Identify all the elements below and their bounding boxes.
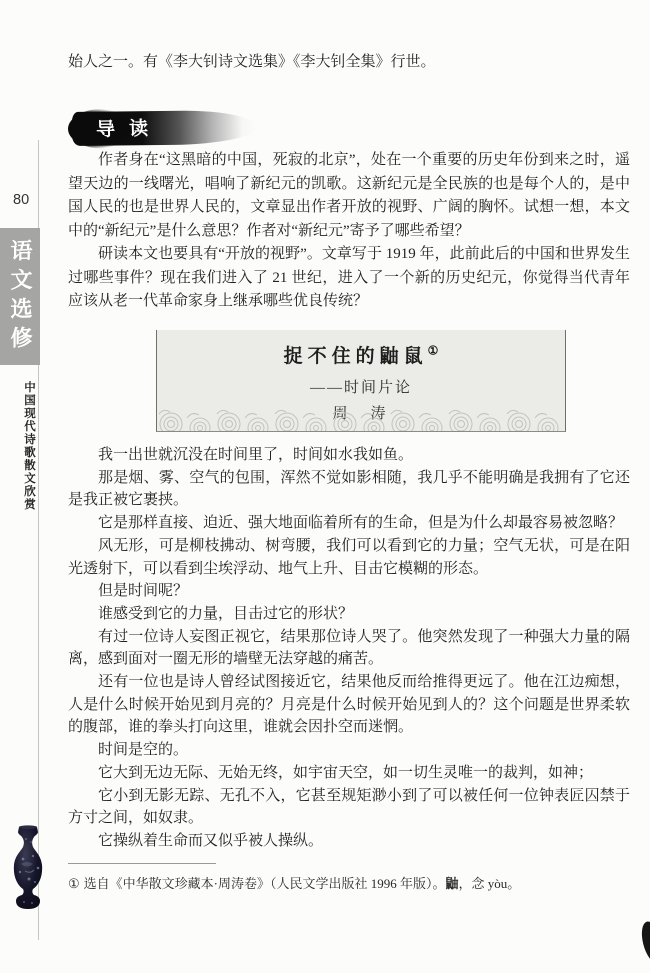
- article-paragraph: 有过一位诗人妄图正视它，结果那位诗人哭了。他突然发现了一种强大力量的隔离，感到面…: [68, 626, 630, 671]
- article-paragraph: 那是烟、雾、空气的包围，浑然不觉如影相随，我几乎不能明确是我拥有了它还是我正被它…: [68, 467, 630, 512]
- footnote-separator: [68, 863, 216, 864]
- series-title-vertical: 语文选修: [5, 238, 36, 355]
- article-paragraph: 我一出世就沉没在时间里了，时间如水我如鱼。: [68, 444, 630, 467]
- article-paragraph: 谁感受到它的力量，目击过它的形状？: [68, 603, 630, 626]
- guide-text-block: 作者身在“这黑暗的中国，死寂的北京”，处在一个重要的历史年份到来之时，遥望天边的…: [68, 149, 630, 314]
- article-paragraph: 它小到无影无踪、无孔不入，它甚至规矩渺小到了可以被任何一位钟表匠囚禁于方寸之间，…: [68, 785, 630, 830]
- article-paragraph: 但是时间呢？: [68, 580, 630, 603]
- article-paragraph: 它大到无边无际、无始无终，如宇宙天空，如一切生灵唯一的裁判，如神；: [68, 762, 630, 785]
- footnote-reference-mark: ①: [428, 344, 439, 358]
- wave-pattern-icon: [157, 404, 565, 431]
- article-paragraph: 时间是空的。: [68, 739, 630, 762]
- article-paragraph: 还有一位也是诗人曾经试图接近它，结果他反而给推得更远了。他在江边痴想，人是什么时…: [68, 671, 630, 739]
- cloud-wave-border-decoration: [157, 404, 565, 431]
- article-paragraph: 风无形，可是柳枝拂动、树弯腰，我们可以看到它的力量；空气无状，可是在阳光透射下，…: [68, 535, 630, 580]
- sidebar-divider-top: [38, 140, 39, 228]
- footnote: ①选自《中华散文珍藏本·周涛卷》（人民文学出版社 1996 年版）。鼬，念 yò…: [68, 874, 630, 894]
- footnote-text-after: ，念 yòu。: [459, 876, 521, 891]
- vase-icon: [5, 824, 51, 916]
- guide-paragraph: 研读本文也要具有“开放的视野”。文章写于 1919 年，此前此后的中国和世界发生…: [68, 243, 630, 314]
- guide-section-header: 导读: [72, 107, 257, 149]
- page-number: 80: [13, 192, 29, 208]
- article-title-box: 捉不住的鼬鼠① ——时间片论 周 涛: [156, 330, 566, 432]
- porcelain-vase-image: [5, 824, 51, 916]
- article-title-text: 捉不住的鼬鼠: [284, 346, 428, 367]
- article-title: 捉不住的鼬鼠①: [157, 341, 565, 368]
- series-title-banner: 语文选修: [0, 228, 40, 365]
- footnote-marker: ①: [68, 876, 80, 891]
- article-subtitle: ——时间片论: [157, 376, 565, 397]
- guide-header-label: 导读: [96, 113, 163, 142]
- article-text-block: 我一出世就沉没在时间里了，时间如水我如鱼。 那是烟、雾、空气的包围，浑然不觉如影…: [68, 444, 630, 853]
- guide-paragraph: 作者身在“这黑暗的中国，死寂的北京”，处在一个重要的历史年份到来之时，遥望天边的…: [68, 149, 630, 243]
- biography-continuation-text: 始人之一。有《李大钊诗文选集》《李大钊全集》行世。: [68, 51, 630, 74]
- page-edge-mark: [638, 919, 650, 964]
- article-paragraph: 它是那样直接、迫近、强大地面临着所有的生命，但是为什么却最容易被忽略？: [68, 512, 630, 535]
- footnote-emphasis: 鼬: [446, 876, 459, 891]
- book-page: 80 语文选修 中国现代诗歌散文欣赏: [0, 0, 650, 973]
- article-paragraph: 它操纵着生命而又似乎被人操纵。: [68, 830, 630, 853]
- subseries-title-vertical: 中国现代诗歌散文欣赏: [22, 381, 38, 511]
- footnote-text: 选自《中华散文珍藏本·周涛卷》（人民文学出版社 1996 年版）。: [84, 876, 446, 891]
